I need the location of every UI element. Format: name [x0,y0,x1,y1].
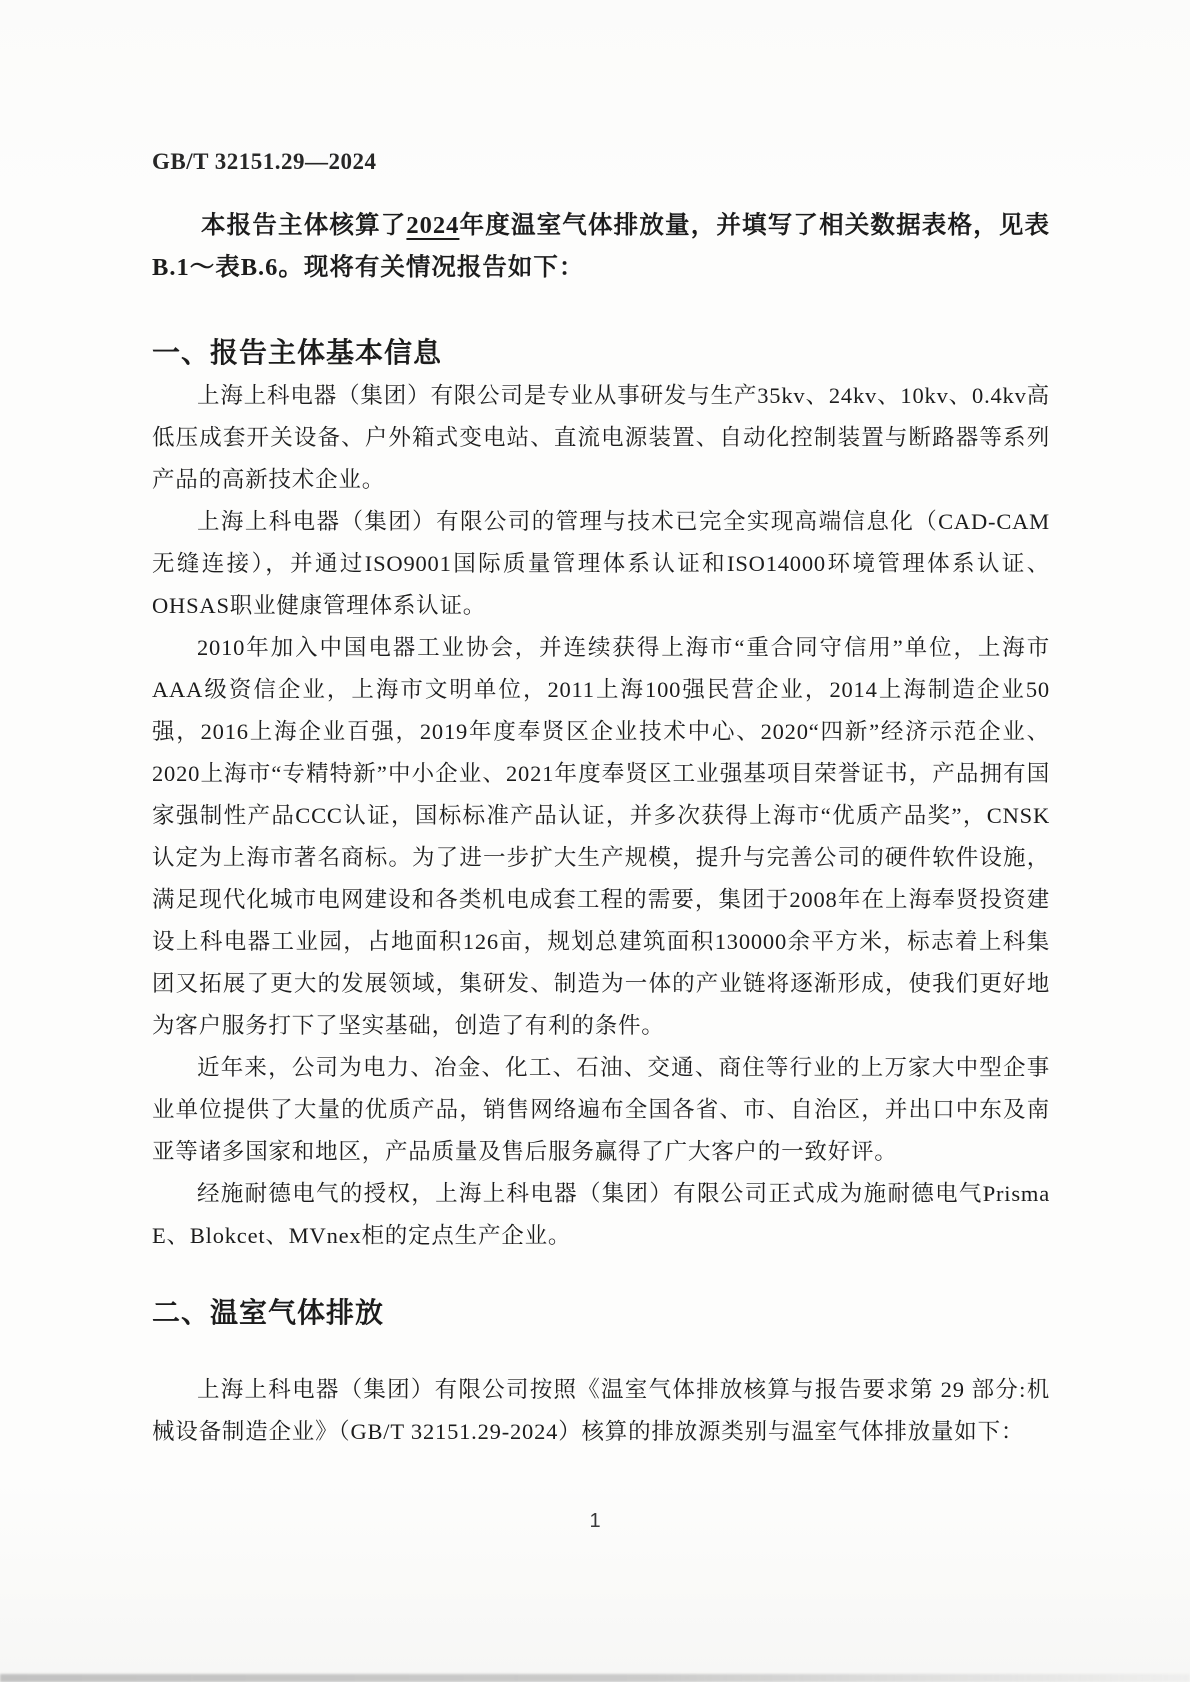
intro-text-pre: 本报告主体核算了 [201,212,406,239]
body-paragraph: 上海上科电器（集团）有限公司是专业从事研发与生产35kv、24kv、10kv、0… [152,375,1050,501]
scan-edge-artifact [0,1674,1190,1682]
body-paragraph: 经施耐德电气的授权，上海上科电器（集团）有限公司正式成为施耐德电气Prisma … [152,1173,1050,1257]
intro-year-underlined: 2024 [406,212,459,239]
body-paragraph: 上海上科电器（集团）有限公司的管理与技术已完全实现高端信息化（CAD-CAM无缝… [152,501,1050,627]
section-1-heading: 一、报告主体基本信息 [152,333,1050,375]
standard-code-header: GB/T 32151.29—2024 [152,146,1050,177]
body-paragraph: 上海上科电器（集团）有限公司按照《温室气体排放核算与报告要求第 29 部分:机械… [152,1369,1050,1453]
page-number: 1 [0,1510,1190,1533]
body-paragraph: 2010年加入中国电器工业协会，并连续获得上海市“重合同守信用”单位，上海市AA… [152,627,1050,1047]
intro-paragraph: 本报告主体核算了2024年度温室气体排放量，并填写了相关数据表格，见表B.1～表… [152,205,1050,289]
body-paragraph: 近年来，公司为电力、冶金、化工、石油、交通、商住等行业的上万家大中型企事业单位提… [152,1047,1050,1173]
document-page: GB/T 32151.29—2024 本报告主体核算了2024年度温室气体排放量… [0,0,1190,1682]
page-content: GB/T 32151.29—2024 本报告主体核算了2024年度温室气体排放量… [152,146,1050,1453]
section-2-heading: 二、温室气体排放 [152,1293,1050,1335]
